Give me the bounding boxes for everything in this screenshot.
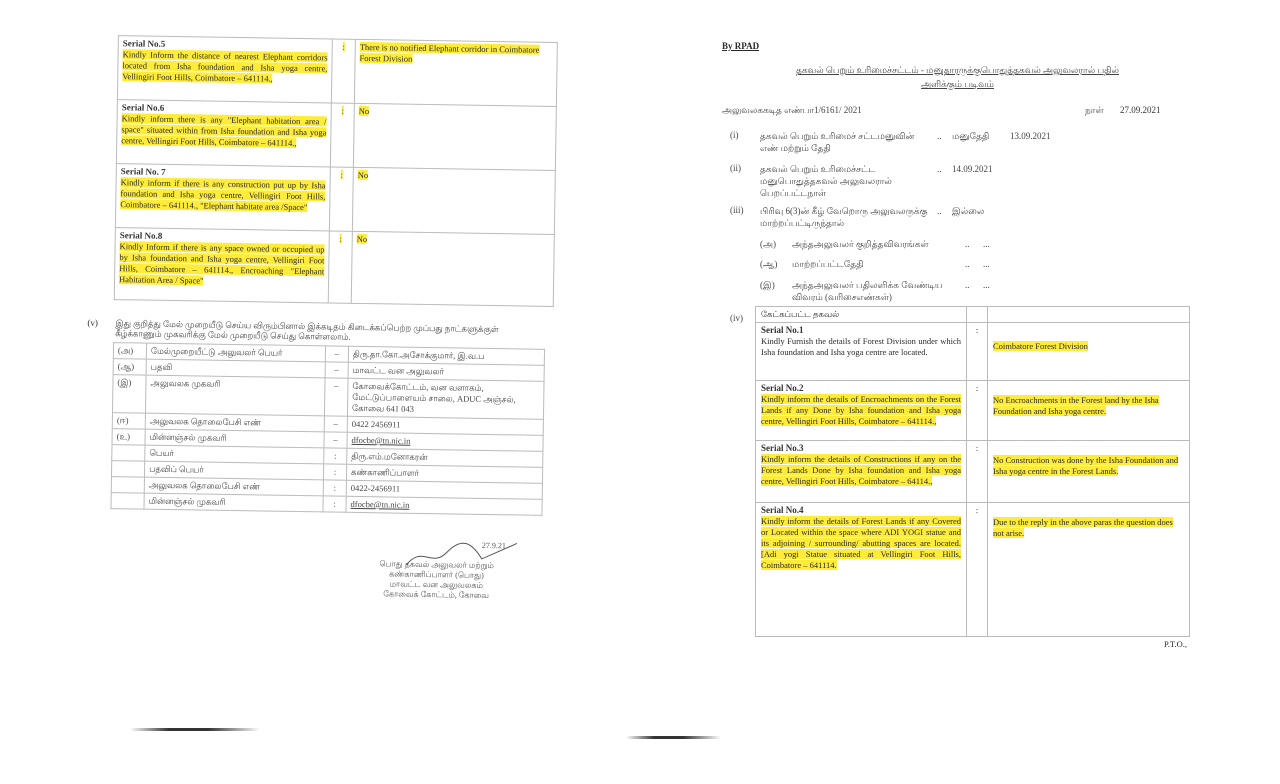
question-text: Kindly inform the details of Forest Land… xyxy=(761,516,961,570)
separator: : xyxy=(324,448,347,464)
scan-artifact-line xyxy=(130,728,260,731)
item-label: தகவல் பெறும் உரிமைச்சட்ட மனுபொதுத்தகவல் … xyxy=(760,163,930,199)
item-number: (iii) xyxy=(730,205,744,215)
separator: – xyxy=(324,416,347,432)
separator: .. xyxy=(937,130,942,142)
section-iv-header: கேட்கப்பட்ட தகவல் xyxy=(756,307,967,323)
item-value: 14.09.2021 xyxy=(952,163,993,175)
separator: .. xyxy=(965,258,970,270)
item-extra: 13.09.2021 xyxy=(1010,130,1051,142)
separator: – xyxy=(324,378,348,416)
separator: – xyxy=(325,362,348,378)
answer-text: No Construction was done by the Isha Fou… xyxy=(993,455,1178,476)
row-index: (இ) xyxy=(112,375,146,414)
item-label: பிரிவு 6(3)ன் கீழ் வேறொரு அலுவலருக்கு மா… xyxy=(760,205,930,229)
row-index xyxy=(112,445,145,462)
reference-number: அலுவலககடித எண்பா1/6161/ 2021 xyxy=(722,105,862,117)
section-v-label: (v) xyxy=(87,318,98,328)
separator: : xyxy=(339,234,342,244)
form-title-line1: தகவல் பெறும் உரிமைச்சட்டம் - மனுதாரருக்க… xyxy=(720,63,1195,77)
question-text: Kindly inform the details of Encroachmen… xyxy=(761,394,961,426)
table-row: Serial No.4Kindly inform the details of … xyxy=(756,503,1190,637)
row-index: (ஈ) xyxy=(112,413,145,430)
item-value: மனுதேதி xyxy=(952,130,989,142)
dispatch-mode: By RPAD xyxy=(722,41,759,51)
serial-label: Serial No.4 xyxy=(761,505,961,516)
row-index xyxy=(111,477,144,494)
separator: : xyxy=(340,170,343,180)
row-label: அலுவலக முகவரி xyxy=(145,375,325,416)
answer-text: No xyxy=(359,106,370,116)
scan-artifact-line xyxy=(626,736,721,739)
separator: : xyxy=(343,42,346,52)
appeal-instructions: இது குறித்து மேல் முறையீடு செய்ய விரும்ப… xyxy=(115,318,545,345)
row-index xyxy=(111,493,144,510)
serial-label: Serial No.2 xyxy=(761,383,961,394)
answer-text: No xyxy=(358,170,369,180)
left-document-page: Serial No.5Kindly Inform the distance of… xyxy=(102,30,565,577)
serial-label: Serial No.3 xyxy=(761,443,961,454)
separator: – xyxy=(325,346,348,362)
separator: .. xyxy=(965,238,970,250)
serial-question-table-right: கேட்கப்பட்ட தகவல் Serial No.1Kindly Furn… xyxy=(755,306,1190,637)
row-label: மின்னஞ்சல் முகவரி xyxy=(144,493,323,512)
row-index: (ஆ) xyxy=(113,359,146,376)
answer-text: There is no notified Elephant corridor i… xyxy=(360,42,540,64)
question-text: Kindly inform if there is any constructi… xyxy=(120,177,325,212)
date-label: நாள் xyxy=(1085,105,1104,117)
table-row: Serial No.1Kindly Furnish the details of… xyxy=(756,323,1190,381)
subitem-value: ... xyxy=(983,238,990,250)
separator: .. xyxy=(937,205,942,217)
table-row: Serial No.3Kindly inform the details of … xyxy=(756,441,1190,503)
separator: : xyxy=(967,441,988,503)
item-number: (ii) xyxy=(730,163,741,173)
answer-text: Coimbatore Forest Division xyxy=(993,341,1088,351)
separator: : xyxy=(323,464,346,480)
row-index: (அ) xyxy=(113,343,146,360)
table-row: Serial No.2Kindly inform the details of … xyxy=(756,381,1190,441)
date-value: 27.09.2021 xyxy=(1120,105,1161,115)
subitem-label: அந்தஅலுவலர் பதிலளிக்க வேண்டிய விவரம் (வர… xyxy=(792,279,952,303)
table-row: Serial No. 7Kindly inform if there is an… xyxy=(115,164,555,235)
signature-block: பொது தகவல் அலுவலர் மற்றும்கண்காணிப்பாளர்… xyxy=(351,559,522,602)
item-number: (i) xyxy=(730,130,739,140)
separator: – xyxy=(324,432,347,448)
table-row: Serial No.6Kindly inform there is any "E… xyxy=(116,100,556,171)
email-link[interactable]: dfocbe@tn.nic.in xyxy=(346,496,542,515)
section-iv-label: (iv) xyxy=(730,313,743,323)
answer-text: No Encroachments in the Forest land by t… xyxy=(993,395,1159,416)
item-label: தகவல் பெறும் உரிமைச் சட்டமனுவின் எண் மற்… xyxy=(760,130,930,154)
separator: : xyxy=(323,480,346,496)
signature-line: கோவைக் கோட்டம், கோவை xyxy=(351,589,521,602)
item-value: இல்லை xyxy=(952,205,984,217)
question-text: Kindly Furnish the details of Forest Div… xyxy=(761,336,961,357)
subitem-number: (அ) xyxy=(760,238,776,250)
separator: : xyxy=(967,381,988,441)
subitem-label: மாற்றப்பட்டதேதி xyxy=(792,258,952,270)
appellate-contact-table: (அ)மேல்முறையீட்டு அலுவலர் பெயர்–திரு.தா.… xyxy=(110,342,545,516)
separator: : xyxy=(323,496,346,512)
form-title-line2: அளிக்கும் படிவம் xyxy=(720,77,1195,91)
serial-question-table-left: Serial No.5Kindly Inform the distance of… xyxy=(114,35,558,307)
subitem-number: (ஆ) xyxy=(760,258,777,270)
subitem-value: ... xyxy=(983,279,990,291)
row-index xyxy=(111,461,144,478)
question-text: Kindly Inform the distance of nearest El… xyxy=(122,49,327,83)
subitem-number: (இ) xyxy=(760,279,775,291)
table-row: Serial No.5Kindly Inform the distance of… xyxy=(117,36,557,107)
serial-label: Serial No.1 xyxy=(761,325,961,336)
subitem-label: அந்தஅலுவலர் குறித்தவிவரங்கள் xyxy=(792,238,952,250)
answer-text: Due to the reply in the above paras the … xyxy=(993,517,1173,538)
row-value: கோவைக்கோட்டம், வன வளாகம், மேட்டுப்பாளையம… xyxy=(347,378,544,419)
subitem-value: ... xyxy=(983,258,990,270)
row-index: (உ) xyxy=(112,429,145,446)
question-text: Kindly Inform if there is any space owne… xyxy=(119,241,325,285)
table-header-row: கேட்கப்பட்ட தகவல் xyxy=(756,307,1190,323)
question-text: Kindly inform the details of Constructio… xyxy=(761,454,961,486)
separator: : xyxy=(341,106,344,116)
right-document-page: By RPAD தகவல் பெறும் உரிமைச்சட்டம் - மனு… xyxy=(720,35,1195,655)
separator: .. xyxy=(937,163,942,175)
question-text: Kindly inform there is any "Elephant hab… xyxy=(121,113,326,148)
table-row: Serial No.8Kindly Inform if there is any… xyxy=(114,228,554,307)
signature-date: 27.9.21 xyxy=(482,541,506,550)
form-title: தகவல் பெறும் உரிமைச்சட்டம் - மனுதாரருக்க… xyxy=(720,63,1195,91)
separator: .. xyxy=(965,279,970,291)
separator: : xyxy=(967,503,988,637)
separator: : xyxy=(967,323,988,381)
answer-text: No xyxy=(357,234,368,244)
pto-note: P.T.O., xyxy=(1164,639,1187,649)
